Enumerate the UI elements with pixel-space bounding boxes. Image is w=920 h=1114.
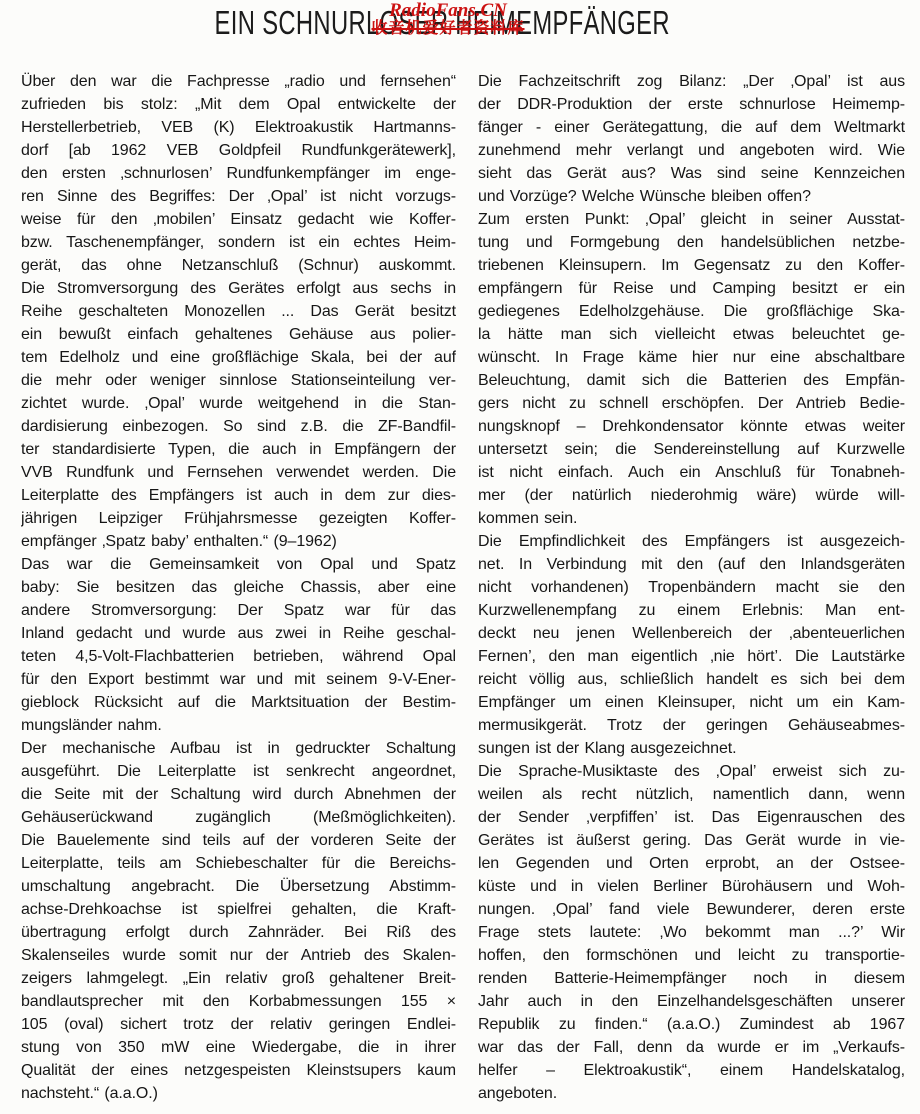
- watermark-site-name: RadioFans.CN: [371, 1, 524, 21]
- text-line: nungsknopf – Drehkondensator könnte etwa…: [478, 415, 905, 438]
- text-line: andere Stromversorgung: Der Spatz war fü…: [21, 599, 456, 622]
- text-line: gieblock Rücksicht auf die Marktsituatio…: [21, 691, 456, 714]
- text-line: gers nicht zu schnell erschöpfen. Der An…: [478, 392, 905, 415]
- text-line: Der mechanische Aufbau ist in gedruckter…: [21, 737, 456, 760]
- text-line: weilen als recht nützlich, namentlich da…: [478, 783, 905, 806]
- text-line: tung und Formgebung den handelsüblichen …: [478, 231, 905, 254]
- text-line: wünscht. In Frage käme hier nur eine abs…: [478, 346, 905, 369]
- text-line: la hätte man sich vielleicht etwas beleu…: [478, 323, 905, 346]
- text-line: Gehäuserückwand zugänglich (Meßmöglichke…: [21, 806, 456, 829]
- text-line: ter standardisierte Typen, die auch in E…: [21, 438, 456, 461]
- text-line: zeigers lahmgelegt. „Ein relativ groß ge…: [21, 967, 456, 990]
- column-left: Über den war die Fachpresse „radio und f…: [21, 70, 456, 1105]
- text-line: nicht vorhandenen) Tropenbändern macht s…: [478, 576, 905, 599]
- text-line: der DDR-Produktion der erste schnurlose …: [478, 93, 905, 116]
- watermark: RadioFans.CN 收音机爱好者资料库: [371, 1, 524, 38]
- text-line: für den Export bestimmt war und mit sein…: [21, 668, 456, 691]
- text-line: umschaltung angebracht. Die Übersetzung …: [21, 875, 456, 898]
- text-line: hoffen, den formschönen und leicht zu tr…: [478, 944, 905, 967]
- text-line: Über den war die Fachpresse „radio und f…: [21, 70, 456, 93]
- text-line: empfänger ‚Spatz baby’ enthalten.“ (9–19…: [21, 530, 456, 553]
- text-line: nachsteht.“ (a.a.O.): [21, 1082, 456, 1105]
- text-line: übertragung erfolgt durch Zahnräder. Bei…: [21, 921, 456, 944]
- text-line: jährigen Leipziger Frühjahrsmesse gezeig…: [21, 507, 456, 530]
- text-line: fänger - einer Gerätegattung, die auf de…: [478, 116, 905, 139]
- text-line: Reihe geschalteten Monozellen ... Das Ge…: [21, 300, 456, 323]
- text-line: kommen sein.: [478, 507, 905, 530]
- text-line: Beleuchtung, damit sich die Batterien de…: [478, 369, 905, 392]
- text-line: sungen ist der Klang ausgezeichnet.: [478, 737, 905, 760]
- text-line: den ersten ‚schnurlosen’ Rundfunkempfäng…: [21, 162, 456, 185]
- text-line: Empfänger um einen Kleinsuper, nicht um …: [478, 691, 905, 714]
- text-line: war das der Fall, denn da wurde er im „V…: [478, 1036, 905, 1059]
- text-line: gediegenes Edelholzgehäuse. Die großfläc…: [478, 300, 905, 323]
- text-line: reicht völlig aus, schließlich handelt e…: [478, 668, 905, 691]
- text-line: helfer – Elektroakustik“, einem Handelsk…: [478, 1059, 905, 1082]
- text-line: Die Empfindlichkeit des Empfängers ist a…: [478, 530, 905, 553]
- text-line: 105 (oval) sichert trotz der relativ ger…: [21, 1013, 456, 1036]
- text-line: ren Sinne des Begriffes: Der ‚Opal’ ist …: [21, 185, 456, 208]
- text-line: zichtet wurde. ‚Opal’ wurde weitgehend i…: [21, 392, 456, 415]
- text-line: Skalenseiles wurde somit nur der Antrieb…: [21, 944, 456, 967]
- text-line: Republik zu finden.“ (a.a.O.) Zumindest …: [478, 1013, 905, 1036]
- text-line: ist nicht einfach. Auch ein Anschluß für…: [478, 461, 905, 484]
- text-line: Gerätes ist äußerst gering. Das Gerät wu…: [478, 829, 905, 852]
- text-line: Jahr auch in den Einzelhandelsgeschäften…: [478, 990, 905, 1013]
- text-line: der Sender ‚verpfiffen’ ist. Das Eigenra…: [478, 806, 905, 829]
- paragraph: Die Sprache-Musiktaste des ‚Opal’ erweis…: [478, 760, 905, 1105]
- text-line: triebenen Kleinsupern. Im Gegensatz zu d…: [478, 254, 905, 277]
- text-line: teten 4,5-Volt-Flachbatterien betrieben,…: [21, 645, 456, 668]
- text-line: die mehr oder weniger sinnlose Stationse…: [21, 369, 456, 392]
- text-line: weise für den ‚mobilen’ Einsatz gedacht …: [21, 208, 456, 231]
- text-line: Die Fachzeitschrift zog Bilanz: „Der ‚Op…: [478, 70, 905, 93]
- text-line: dardisierung einbezogen. So sind z.B. di…: [21, 415, 456, 438]
- text-line: Qualität der eines netzgespeisten Kleins…: [21, 1059, 456, 1082]
- text-line: die Seite mit der Schaltung wird durch A…: [21, 783, 456, 806]
- text-line: deckt neu jenen Wellenbereich der ‚abent…: [478, 622, 905, 645]
- text-line: Die Stromversorgung des Gerätes erfolgt …: [21, 277, 456, 300]
- text-line: untersetzt sein; die Sendereinstellung a…: [478, 438, 905, 461]
- text-line: Herstellerbetrieb, VEB (K) Elektroakusti…: [21, 116, 456, 139]
- text-line: Die Sprache-Musiktaste des ‚Opal’ erweis…: [478, 760, 905, 783]
- text-line: len Gegenden und Orten erprobt, an der O…: [478, 852, 905, 875]
- text-line: tem Edelholz und eine großflächige Skala…: [21, 346, 456, 369]
- text-line: Das war die Gemeinsamkeit von Opal und S…: [21, 553, 456, 576]
- text-line: mermusikgerät. Trotz der geringen Gehäus…: [478, 714, 905, 737]
- watermark-cjk-text: 收音机爱好者资料库: [371, 21, 524, 38]
- text-line: stung von 350 mW eine Wiedergabe, die in…: [21, 1036, 456, 1059]
- text-line: Die Bauelemente sind teils auf der vorde…: [21, 829, 456, 852]
- text-line: zunehmend mehr verlangt und angeboten wi…: [478, 139, 905, 162]
- text-line: Leiterplatte des Empfängers ist auch in …: [21, 484, 456, 507]
- text-line: sieht das Gerät aus? Was sind seine Kenn…: [478, 162, 905, 185]
- text-line: Zum ersten Punkt: ‚Opal’ gleicht in sein…: [478, 208, 905, 231]
- text-line: renden Batterie-Heimempfänger noch in di…: [478, 967, 905, 990]
- paragraph: Das war die Gemeinsamkeit von Opal und S…: [21, 553, 456, 737]
- text-line: achse-Drehkoachse ist spielfrei gehalten…: [21, 898, 456, 921]
- text-line: dorf [ab 1962 VEB Goldpfeil Rundfunkgerä…: [21, 139, 456, 162]
- text-line: Leiterplatte, teils am Schiebeschalter f…: [21, 852, 456, 875]
- text-line: mungsländer nahm.: [21, 714, 456, 737]
- text-line: ausgeführt. Die Leiterplatte ist senkrec…: [21, 760, 456, 783]
- text-line: net. In Verbindung mit den (auf den Inla…: [478, 553, 905, 576]
- text-line: Frage stets lautete: ‚Wo bekommt man ...…: [478, 921, 905, 944]
- text-line: angeboten.: [478, 1082, 905, 1105]
- text-line: zufrieden bis stolz: „Mit dem Opal entwi…: [21, 93, 456, 116]
- text-line: Inland gedacht und wurde aus zwei in Rei…: [21, 622, 456, 645]
- text-line: bandlautsprecher mit den Korbabmessungen…: [21, 990, 456, 1013]
- text-line: und Vorzüge? Welche Wünsche bleiben offe…: [478, 185, 905, 208]
- paragraph: Der mechanische Aufbau ist in gedruckter…: [21, 737, 456, 1105]
- text-line: empfängern für Reise und Camping besitzt…: [478, 277, 905, 300]
- text-line: mer (der natürlich niederohmig wäre) wür…: [478, 484, 905, 507]
- text-line: baby: Sie besitzen das gleiche Chassis, …: [21, 576, 456, 599]
- text-line: gerät, das ohne Netzanschluß (Schnur) au…: [21, 254, 456, 277]
- text-line: nungen. ‚Opal’ fand viele Bewunderer, de…: [478, 898, 905, 921]
- text-line: VVB Rundfunk und Fernsehen verwendet wer…: [21, 461, 456, 484]
- article-body: Über den war die Fachpresse „radio und f…: [21, 70, 905, 1105]
- text-line: bzw. Taschenempfänger, sondern ist ein e…: [21, 231, 456, 254]
- paragraph: Über den war die Fachpresse „radio und f…: [21, 70, 456, 553]
- document-page: EIN SCHNURLOSER HEIMEMPFÄNGER RadioFans.…: [0, 0, 920, 1114]
- text-line: küste und in vielen Berliner Bürohäusern…: [478, 875, 905, 898]
- text-line: Fernen’, den man eigentlich ‚nie hört’. …: [478, 645, 905, 668]
- text-line: Kurzwellenempfang zu einem Erlebnis: Man…: [478, 599, 905, 622]
- paragraph: Die Fachzeitschrift zog Bilanz: „Der ‚Op…: [478, 70, 905, 208]
- paragraph: Die Empfindlichkeit des Empfängers ist a…: [478, 530, 905, 760]
- text-line: ein bewußt einfach gehaltenes Gehäuse au…: [21, 323, 456, 346]
- paragraph: Zum ersten Punkt: ‚Opal’ gleicht in sein…: [478, 208, 905, 530]
- column-right: Die Fachzeitschrift zog Bilanz: „Der ‚Op…: [478, 70, 905, 1105]
